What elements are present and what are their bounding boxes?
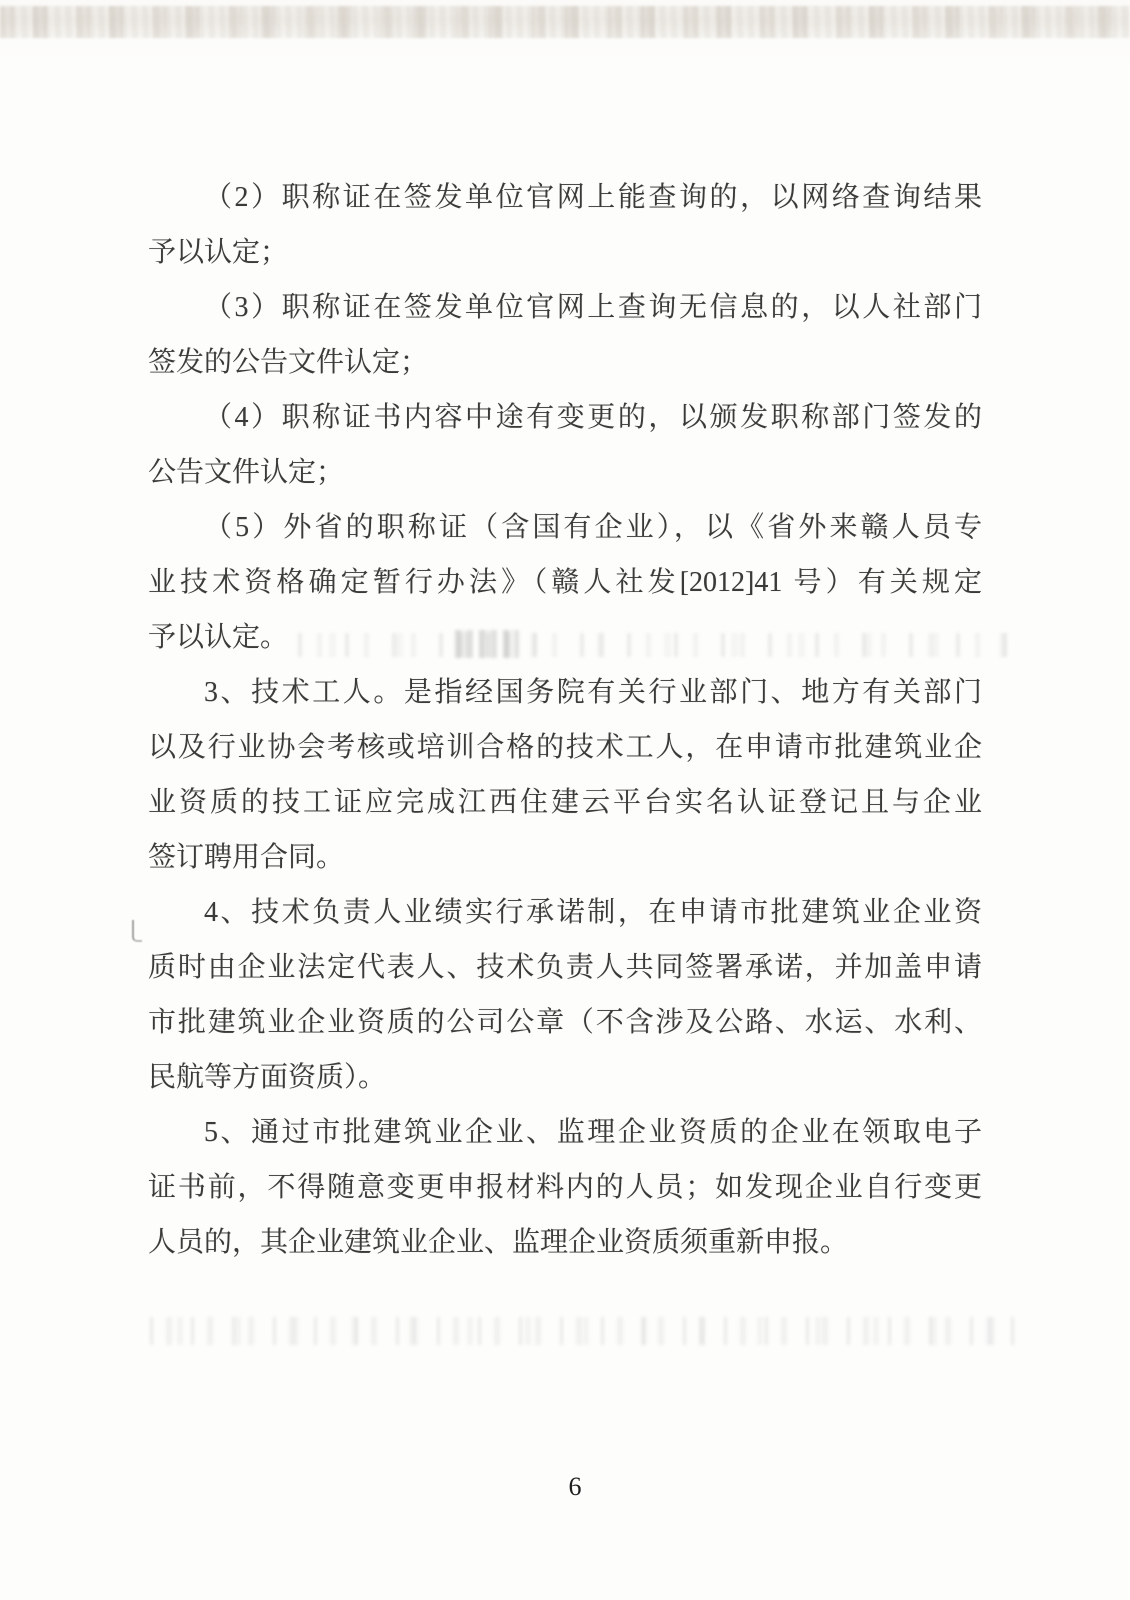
paragraph-line: 签订聘用合同。 bbox=[148, 830, 982, 885]
ghost-bleed-artifact-mid-dark bbox=[455, 630, 519, 658]
paragraph-line: 予以认定； bbox=[148, 225, 982, 280]
ghost-bleed-artifact-mid bbox=[298, 633, 1022, 657]
paragraph-line: 5、通过市批建筑业企业、监理企业资质的企业在领取电子 bbox=[148, 1105, 982, 1160]
document-body: （2）职称证在签发单位官网上能查询的，以网络查询结果 予以认定； （3）职称证在… bbox=[148, 170, 982, 1270]
paragraph-line: 业资质的技工证应完成江西住建云平台实名认证登记且与企业 bbox=[148, 775, 982, 830]
paragraph-line: 证书前，不得随意变更申报材料内的人员；如发现企业自行变更 bbox=[148, 1160, 982, 1215]
ink-speck-artifact bbox=[132, 920, 142, 942]
document-page: （2）职称证在签发单位官网上能查询的，以网络查询结果 予以认定； （3）职称证在… bbox=[0, 0, 1130, 1600]
paragraph-line: （3）职称证在签发单位官网上查询无信息的，以人社部门 bbox=[148, 280, 982, 335]
paragraph-line: 签发的公告文件认定； bbox=[148, 335, 982, 390]
paragraph-line: 业技术资格确定暂行办法》（赣人社发[2012]41 号）有关规定 bbox=[148, 555, 982, 610]
paragraph-line: 公告文件认定； bbox=[148, 445, 982, 500]
page-number: 6 bbox=[0, 1472, 1130, 1502]
paragraph-line: 民航等方面资质）。 bbox=[148, 1050, 982, 1105]
paragraph-line: 市批建筑业企业资质的公司公章（不含涉及公路、水运、水利、 bbox=[148, 995, 982, 1050]
paragraph-line: （5）外省的职称证（含国有企业），以《省外来赣人员专 bbox=[148, 500, 982, 555]
scan-noise-band bbox=[0, 6, 1130, 38]
paragraph-line: （4）职称证书内容中途有变更的，以颁发职称部门签发的 bbox=[148, 390, 982, 445]
paragraph-line: 3、技术工人。是指经国务院有关行业部门、地方有关部门 bbox=[148, 665, 982, 720]
paragraph-line: 人员的，其企业建筑业企业、监理企业资质须重新申报。 bbox=[148, 1215, 982, 1270]
paragraph-line: 质时由企业法定代表人、技术负责人共同签署承诺，并加盖申请 bbox=[148, 940, 982, 995]
ghost-bleed-artifact-bottom bbox=[150, 1317, 1016, 1345]
paragraph-line: （2）职称证在签发单位官网上能查询的，以网络查询结果 bbox=[148, 170, 982, 225]
paragraph-line: 4、技术负责人业绩实行承诺制，在申请市批建筑业企业资 bbox=[148, 885, 982, 940]
paragraph-line: 以及行业协会考核或培训合格的技术工人，在申请市批建筑业企 bbox=[148, 720, 982, 775]
